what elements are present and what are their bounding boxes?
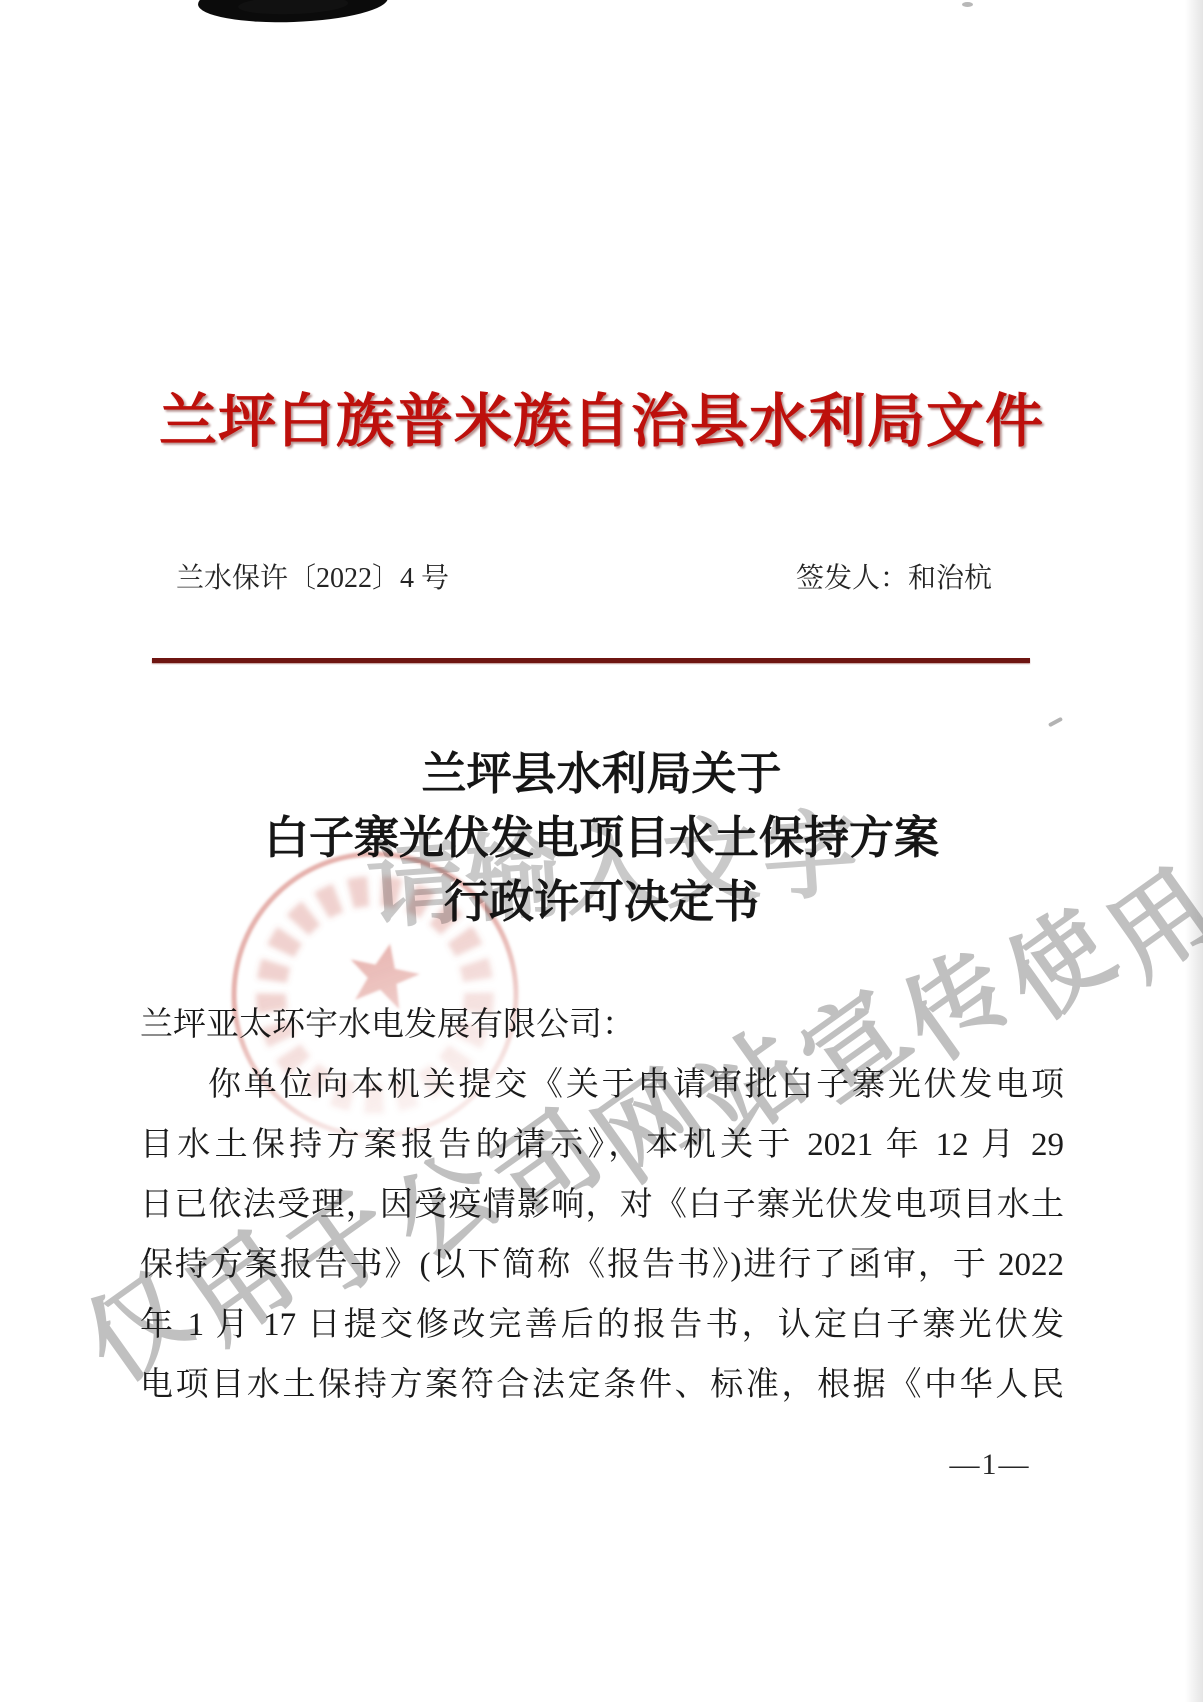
body-line: 日已依法受理，因受疫情影响，对《白子寨光伏发电项目水土: [140, 1175, 1064, 1235]
official-seal-graphic: [225, 845, 525, 1145]
letterhead-divider-rule: [152, 658, 1030, 663]
seal-star-icon: [343, 936, 425, 1011]
issuer-name: 签发人：和治杭: [796, 556, 992, 596]
official-seal: [225, 845, 525, 1145]
document-title-line-2: 白子寨光伏发电项目水土保持方案: [0, 806, 1203, 870]
scan-edge-shadow: [1185, 0, 1203, 1702]
scan-speck: [1048, 717, 1063, 728]
body-line: 年 1 月 17 日提交修改完善后的报告书，认定白子寨光伏发: [140, 1295, 1064, 1355]
scan-speck: [962, 2, 973, 7]
document-title-line-3: 行政许可决定书: [0, 870, 1203, 934]
document-title: 兰坪县水利局关于 白子寨光伏发电项目水土保持方案 行政许可决定书: [0, 742, 1203, 934]
document-meta-row: 兰水保许〔2022〕4 号 签发人：和治杭: [176, 556, 992, 596]
seal-arc-text-marks: [271, 891, 479, 1099]
document-number: 兰水保许〔2022〕4 号: [176, 556, 449, 596]
body-line: 保持方案报告书》(以下简称《报告书》)进行了函审，于 2022: [140, 1235, 1064, 1295]
letterhead-title: 兰坪白族普米族自治县水利局文件: [0, 374, 1203, 458]
scan-smudge-artifact: [197, 0, 388, 25]
body-line: 电项目水土保持方案符合法定条件、标准，根据《中华人民: [140, 1355, 1064, 1415]
document-title-line-1: 兰坪县水利局关于: [0, 742, 1203, 806]
page-number: —1—: [928, 1448, 1052, 1482]
scanned-official-document-page: 请输入文字 仅用于公司网站宣传使用 兰坪白族普米族自治县水利局文件 兰水保许〔2…: [0, 0, 1203, 1702]
